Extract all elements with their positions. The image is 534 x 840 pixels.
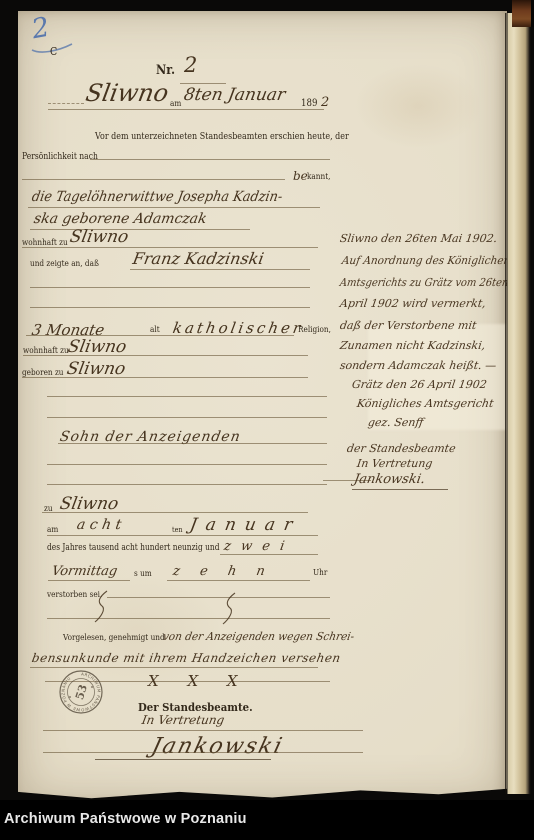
margin-note-line: April 1902 wird vermerkt, xyxy=(339,297,487,310)
ruled-line xyxy=(22,247,318,248)
year-printed: 189 xyxy=(301,98,317,109)
year-words-handwritten: z w e i xyxy=(223,539,289,554)
ruled-line xyxy=(43,752,363,753)
deceased-birthplace: Sliwno xyxy=(65,359,127,379)
ruled-line xyxy=(30,229,250,230)
ruled-line xyxy=(30,307,310,308)
uhr-label: Uhr xyxy=(313,568,327,578)
year-words-printed: des Jahres tausend acht hundert neunzig … xyxy=(47,543,220,553)
closing-handwritten-2: bensunkunde mit ihrem Handzeichen verseh… xyxy=(31,651,342,665)
archive-stamp: ARCHIWUM PAŃSTWOWE W POZNANIU 53 xyxy=(57,668,105,716)
ruled-line xyxy=(220,554,318,555)
margin-note-line: Auf Anordnung des Königlichen xyxy=(341,254,511,267)
ruled-line xyxy=(28,207,320,208)
corner-letter: C xyxy=(50,45,57,58)
ruled-line xyxy=(30,287,310,288)
form-intro-line2: Persönlichkeit nach xyxy=(22,151,98,162)
margin-note-line: gez. Senff xyxy=(367,416,424,429)
record-number-label: Nr. xyxy=(156,63,175,78)
ruled-line xyxy=(180,83,226,84)
archive-footer-bar: Archiwum Państwowe w Poznaniu xyxy=(0,800,534,840)
handzeichen-marks: X X X xyxy=(148,672,250,690)
ruled-line xyxy=(47,464,327,465)
record-place: Sliwno xyxy=(84,79,171,107)
death-day: a c h t xyxy=(76,517,123,533)
am-death-label: am xyxy=(47,525,58,535)
deceased-name: Franz Kadzinski xyxy=(131,249,265,268)
ruled-line xyxy=(47,618,330,619)
margin-note-signature: Jankowski. xyxy=(353,472,427,487)
stamp-number: 53 xyxy=(73,683,90,702)
margin-note-line: daß der Verstorbene mit xyxy=(339,319,477,332)
daytime-value: Vormittag xyxy=(51,564,119,579)
archive-scan-viewport: 2 C Nr. 2 Sliwno am 8ten Januar 189 2 Vo… xyxy=(0,0,534,840)
ruled-line xyxy=(90,159,330,160)
ruled-line xyxy=(130,269,310,270)
book-page-edge xyxy=(505,13,531,794)
ruled-line xyxy=(47,535,318,536)
religion-label: Religion, xyxy=(298,325,331,335)
ruled-line xyxy=(22,377,308,378)
ruled-line xyxy=(47,396,327,397)
ruled-line xyxy=(107,597,330,598)
margin-note-line: Sliwno den 26ten Mai 1902. xyxy=(339,232,498,245)
margin-note-line: Grätz den 26 April 1902 xyxy=(351,378,488,391)
signature-underline xyxy=(95,759,271,760)
ruled-line xyxy=(23,355,308,356)
ruled-line xyxy=(167,580,310,581)
closing-printed: Vorgelesen, genehmigt und xyxy=(63,633,165,643)
kannt-printed: kannt, xyxy=(307,172,330,182)
ruled-line xyxy=(48,109,324,110)
alt-label: alt xyxy=(150,325,160,335)
declarant-name-line1: die Tagelöhnerwittwe Josepha Kadzin- xyxy=(31,189,284,205)
hour-value: z e h n xyxy=(172,564,274,579)
declarant-residence: Sliwno xyxy=(68,227,130,247)
ditto-mark xyxy=(94,590,110,624)
in-vertretung: In Vertretung xyxy=(141,713,226,727)
margin-signature-underline xyxy=(352,489,448,490)
ten-suffix: ten xyxy=(172,525,183,534)
declarant-name-line2: ska geborene Adamczak xyxy=(33,211,208,227)
ruled-line xyxy=(26,335,294,336)
zeigte-an-label: und zeigte an, daß xyxy=(30,259,99,269)
ruled-line xyxy=(47,484,327,485)
death-month: Januar xyxy=(188,515,303,535)
marginal-court-annotation: Sliwno den 26ten Mai 1902. Auf Anordnung… xyxy=(338,226,510,496)
form-intro-line1: Vor dem unterzeichneten Standesbeamten e… xyxy=(95,131,349,142)
ruled-line xyxy=(42,512,308,513)
s-um-label: s um xyxy=(134,569,152,579)
record-number-value: 2 xyxy=(184,53,197,77)
death-place: Sliwno xyxy=(58,494,120,514)
ruled-line xyxy=(43,730,363,731)
margin-note-line: sondern Adamczak heißt. — xyxy=(339,359,497,372)
ruled-line xyxy=(48,580,130,581)
margin-note-line: der Standesbeamte xyxy=(346,442,456,455)
record-date: 8ten Januar xyxy=(182,85,287,105)
margin-note-line: Königliches Amtsgericht xyxy=(356,397,494,410)
registrar-signature: Jankowski xyxy=(149,734,286,759)
margin-note-line: Amtsgerichts zu Grätz vom 26ten xyxy=(339,276,509,289)
archive-name-label: Archiwum Państwowe w Poznaniu xyxy=(4,811,247,827)
deceased-residence: Sliwno xyxy=(66,337,128,357)
leader-dashes xyxy=(48,103,84,104)
margin-note-line: Zunamen nicht Kadzinski, xyxy=(339,339,486,352)
ditto-mark xyxy=(222,592,238,626)
margin-note-line: In Vertretung xyxy=(356,457,433,470)
document-page: 2 C Nr. 2 Sliwno am 8ten Januar 189 2 Vo… xyxy=(18,11,507,803)
closing-handwritten-1: von der Anzeigenden wegen Schrei- xyxy=(162,630,355,643)
am-label: am xyxy=(170,99,181,109)
ruled-line xyxy=(47,417,327,418)
ruled-line xyxy=(58,443,327,444)
ruled-line xyxy=(22,179,285,180)
binding-corner xyxy=(512,0,534,27)
year-handwritten: 2 xyxy=(321,95,329,110)
be-handwritten: be xyxy=(293,169,308,183)
